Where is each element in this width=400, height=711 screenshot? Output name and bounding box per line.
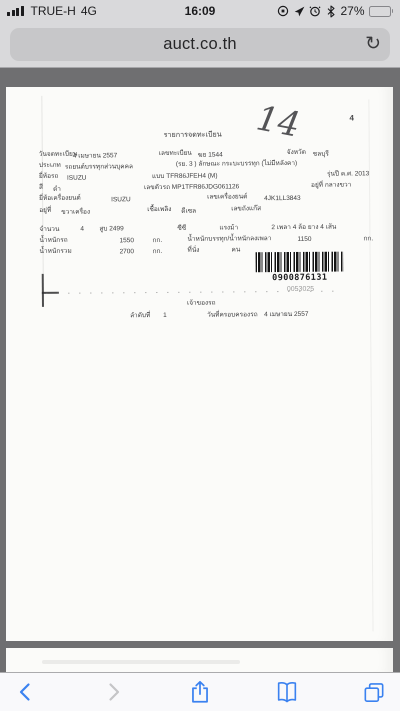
doc-text: เจ้าของรถ [187, 301, 216, 308]
corner-page-number: 4 [349, 113, 354, 122]
doc-text: กก. [363, 236, 373, 243]
doc-text: รถยนต์บรรทุกส่วนบุคคล [65, 164, 133, 171]
doc-text: (รย. 3 ) ลักษณะ กระบะบรรทุก (ไม่มีหลังคา… [176, 161, 297, 168]
battery-icon [369, 6, 393, 17]
doc-text: 1150 [297, 236, 311, 243]
doc-text: ดีเซล [181, 208, 196, 215]
webpage-viewport[interactable]: 14 4 รายการจดทะเบียนวันจดทะเบียน4 เมษายน… [0, 68, 400, 672]
tabs-button[interactable] [360, 678, 388, 706]
document-ink: 14 4 รายการจดทะเบียนวันจดทะเบียน4 เมษายน… [4, 85, 395, 642]
doc-text: เลขถังแก๊ส [231, 206, 261, 213]
doc-text: สูบ 2499 [99, 226, 123, 233]
doc-text: ดำ [53, 186, 61, 193]
doc-text: ฆย 1544 [198, 152, 223, 159]
doc-text: 1550 [119, 238, 134, 245]
location-services-icon [294, 6, 305, 17]
doc-text: แบบ TFR86JFEH4 (M) [152, 174, 218, 181]
doc-text: ISUZU [111, 197, 131, 204]
bluetooth-icon [326, 5, 336, 18]
doc-text: ISUZU [67, 175, 87, 182]
bookmarks-button[interactable] [273, 678, 301, 706]
doc-text: 4 เมษายน 2557 [73, 153, 117, 160]
doc-text: วันจดทะเบียน [39, 152, 78, 159]
doc-text: อยู่ที่ [39, 208, 51, 215]
address-bar[interactable]: auct.co.th ↻ [10, 28, 390, 61]
doc-text: เลขทะเบียน [159, 151, 192, 158]
doc-text: วันที่ครอบครองรถ [207, 312, 258, 319]
status-bar: TRUE-H 4G 16:09 27% [0, 0, 400, 22]
url-text: auct.co.th [163, 35, 237, 54]
doc-text: ยี่ห้อรถ [39, 174, 58, 181]
doc-text: จังหวัด [287, 150, 306, 157]
doc-text: คน [232, 247, 241, 254]
doc-text: 2700 [120, 249, 135, 256]
alarm-clock-icon [309, 5, 321, 17]
share-button[interactable] [186, 678, 214, 706]
doc-text: 1 [163, 313, 167, 320]
barcode-number: 0900876131 [254, 273, 346, 284]
doc-text: 2 เพลา 4 ล้อ ยาง 4 เส้น [271, 225, 336, 232]
doc-text: ประเภท [39, 163, 61, 170]
doc-text: แรงม้า [219, 225, 238, 232]
barcode [256, 252, 344, 273]
next-page-top-edge [6, 648, 393, 672]
doc-text: ที่นั่ง [188, 248, 200, 255]
doc-text: ขวาเครื่อง [61, 209, 90, 216]
doc-text: กก. [153, 248, 163, 255]
doc-text: น้ำหนักบรรทุก/น้ำหนักลงเพลา [187, 236, 271, 243]
doc-text: ชลบุรี [313, 151, 329, 158]
doc-text: อยู่ที่ กลางขวา [311, 182, 351, 189]
doc-text: น้ำหนักรถ [39, 238, 67, 245]
scan-smudge [42, 660, 240, 664]
battery-percent-label: 27% [340, 4, 364, 18]
doc-text: 4 เมษายน 2557 [264, 312, 308, 319]
doc-text: กก. [152, 237, 162, 244]
document-text-fields: รายการจดทะเบียนวันจดทะเบียน4 เมษายน 2557… [4, 85, 391, 88]
doc-text: 4 [80, 227, 84, 234]
doc-text: สี [39, 185, 43, 192]
safari-toolbar [0, 672, 400, 711]
doc-text: 4JK1LL3843 [264, 195, 301, 202]
doc-text: เลขเครื่องยนต์ [207, 194, 247, 201]
scan-margin-line-right [368, 99, 373, 631]
doc-text: เชื้อเพลิง [147, 207, 171, 214]
browser-chrome: auct.co.th ↻ [0, 22, 400, 68]
doc-text: น้ำหนักรวม [40, 249, 72, 256]
doc-text: ยี่ห้อเครื่องยนต์ [39, 196, 81, 203]
scanned-registration-document: 14 4 รายการจดทะเบียนวันจดทะเบียน4 เมษายน… [6, 87, 393, 641]
handwritten-page-number: 14 [253, 98, 303, 145]
doc-text: รายการจดทะเบียน [164, 131, 222, 139]
doc-text: ซีซี [177, 226, 186, 233]
rotation-lock-icon [277, 5, 289, 17]
forward-button[interactable] [99, 678, 127, 706]
doc-text: จำนวน [39, 227, 59, 234]
reload-icon[interactable]: ↻ [365, 34, 381, 53]
doc-text: ลำดับที่ [130, 313, 150, 320]
status-right: 27% [277, 4, 393, 18]
doc-text: รุ่นปี ค.ศ. 2013 [327, 171, 369, 178]
doc-text: เลขตัวรถ MP1TFR86JDG061126 [144, 184, 239, 191]
back-button[interactable] [12, 678, 40, 706]
